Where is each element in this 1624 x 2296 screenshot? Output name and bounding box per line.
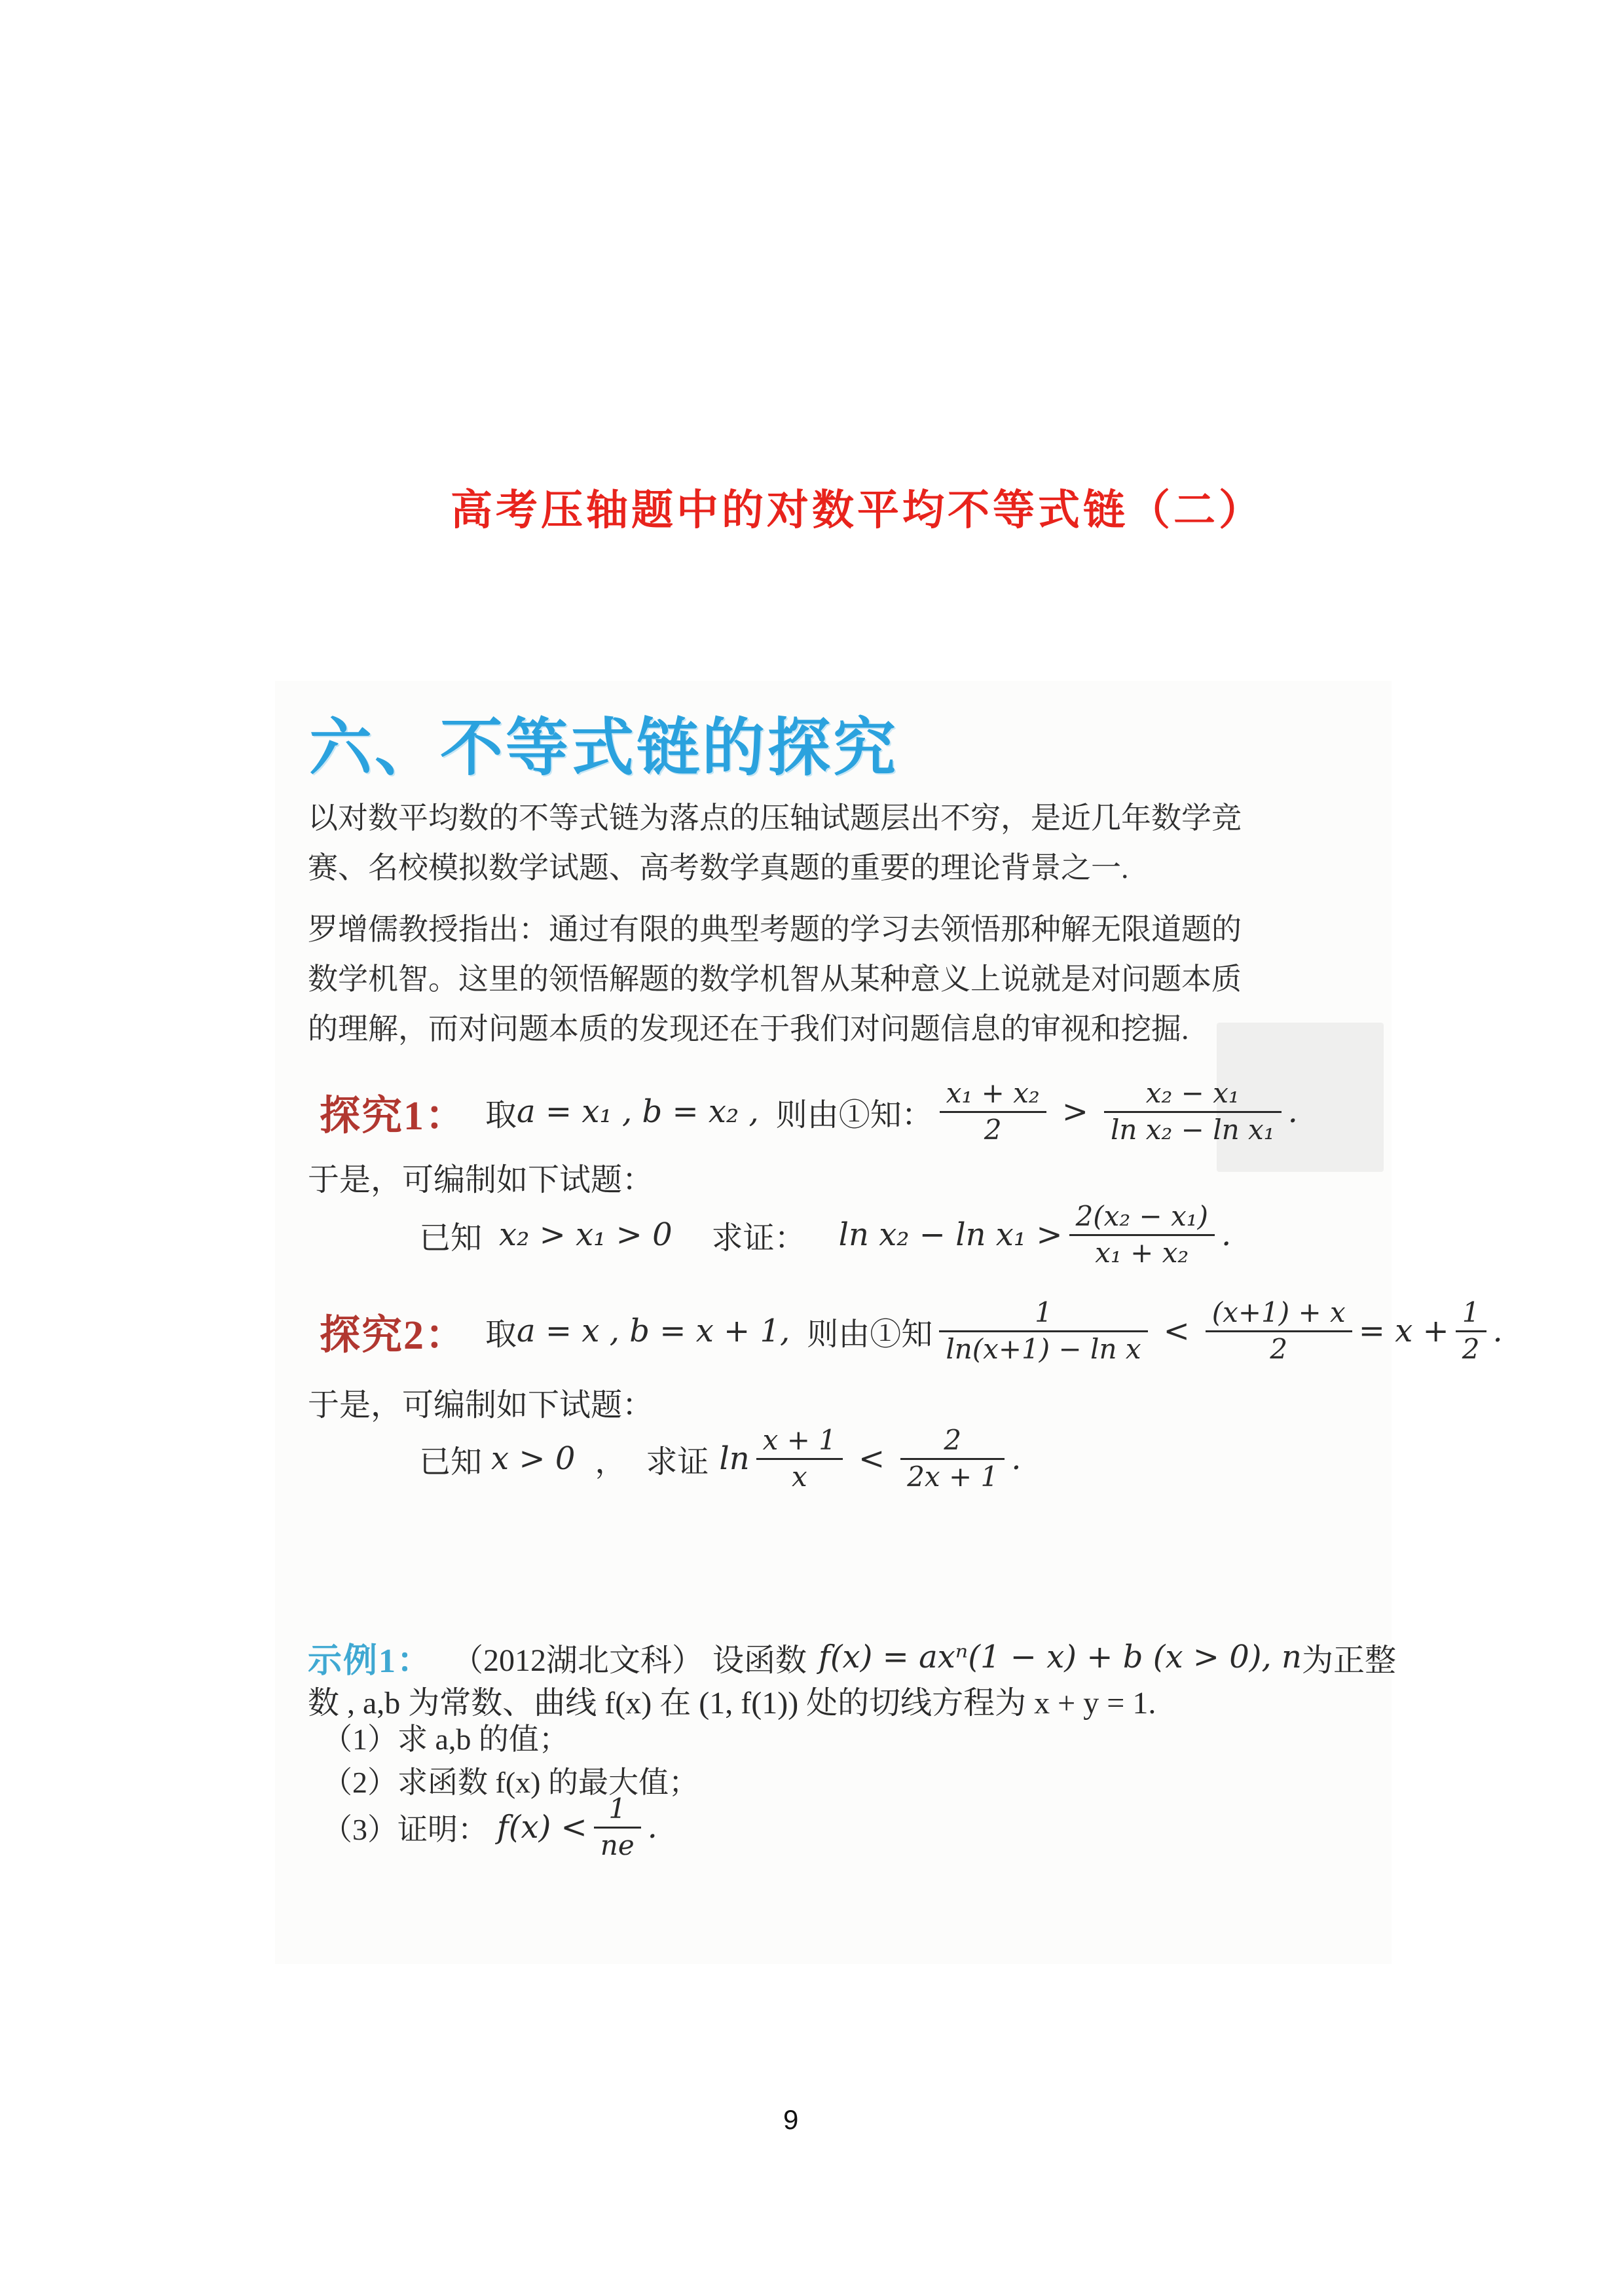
fraction-numerator: 1: [939, 1296, 1147, 1330]
paragraph-line: 数学机智。这里的领悟解题的数学机智从某种意义上说就是对问题本质: [308, 955, 1329, 1004]
less-than-sign: <: [858, 1440, 885, 1477]
less-than-sign: <: [1164, 1313, 1190, 1349]
fraction-numerator: x + 1: [756, 1423, 843, 1458]
fraction-rhs: 2 2x + 1: [900, 1423, 1005, 1494]
paragraph-line: 以对数平均数的不等式链为落点的压轴试题层出不穷，是近几年数学竞: [308, 793, 1329, 843]
document-page: 高考压轴题中的对数平均不等式链（二） 六、不等式链的探究 以对数平均数的不等式链…: [0, 0, 1624, 2296]
fraction-numerator: x₁ + x₂: [940, 1076, 1046, 1111]
paragraph-line: 赛、名校模拟数学试题、高考数学真题的重要的理论背景之一.: [308, 843, 1329, 893]
fraction-numerator: x₂ − x₁: [1104, 1076, 1282, 1111]
prove-label: 求证: [646, 1436, 709, 1482]
explore2-label: 探究2：: [320, 1302, 467, 1360]
page-number: 9: [783, 2104, 798, 2136]
explore1-label: 探究1：: [320, 1083, 467, 1141]
ln-symbol: ln: [719, 1440, 749, 1477]
explore2-statement: 探究2： 取 a = x , b = x + 1, 则由①知 1 ln(x+1)…: [320, 1275, 1503, 1387]
fraction-denominator: ln x₂ − ln x₁: [1104, 1111, 1282, 1148]
section-heading: 六、不等式链的探究: [309, 698, 898, 788]
period: .: [1493, 1313, 1503, 1349]
fraction-numerator: 1: [1456, 1296, 1486, 1330]
example1-item3: （3）证明： f(x) < 1 ne .: [322, 1785, 657, 1870]
explore2-exercise: 已知 x > 0 ， 求证 ln x + 1 x < 2 2x + 1 .: [419, 1413, 1021, 1504]
fraction-denominator: 2: [1206, 1330, 1352, 1367]
fraction-denominator: 2: [940, 1111, 1046, 1148]
item3-inequality: f(x) <: [497, 1809, 587, 1846]
fraction-denominator: ne: [594, 1827, 641, 1863]
fraction-mean: x₁ + x₂ 2: [940, 1076, 1046, 1147]
condition: x₂ > x₁ > 0: [499, 1216, 673, 1253]
fraction-numerator: 1: [594, 1792, 641, 1827]
fraction-denominator: x: [756, 1458, 843, 1495]
explore1-take: 取: [485, 1089, 517, 1135]
condition: x > 0: [491, 1440, 575, 1477]
period: .: [1221, 1216, 1231, 1253]
fraction-lhs: x + 1 x: [756, 1423, 843, 1494]
fraction-one-over-ne: 1 ne: [594, 1792, 641, 1863]
intro-paragraph-1: 以对数平均数的不等式链为落点的压轴试题层出不穷，是近几年数学竞 赛、名校模拟数学…: [308, 793, 1329, 893]
fraction-denominator: 2x + 1: [900, 1458, 1005, 1495]
fraction-half: 1 2: [1456, 1296, 1486, 1366]
explore1-statement: 探究1： 取 a = x₁ , b = x₂ , 则由①知： x₁ + x₂ 2…: [320, 1058, 1298, 1165]
intro-paragraph-2: 罗增儒教授指出：通过有限的典型考题的学习去领悟那种解无限道题的 数学机智。这里的…: [308, 905, 1329, 1054]
period: .: [648, 1809, 657, 1846]
paragraph-line: 的理解，而对问题本质的发现还在于我们对问题信息的审视和挖掘.: [308, 1004, 1329, 1054]
prove-label: 求证：: [712, 1212, 806, 1258]
inequality-lhs: ln x₂ − ln x₁ >: [839, 1216, 1063, 1253]
example1-item1: （1）求 a,b 的值；: [322, 1718, 569, 1761]
greater-than-sign: >: [1062, 1093, 1088, 1130]
known-label: 已知: [419, 1436, 482, 1482]
explore2-assignment: a = x , b = x + 1,: [517, 1313, 790, 1349]
explore2-then: 则由①知: [807, 1309, 932, 1354]
example1-function-def: f(x) = axⁿ(1 − x) + b (x > 0), n: [819, 1639, 1302, 1675]
fraction-rhs: 2(x₂ − x₁) x₁ + x₂: [1069, 1199, 1215, 1270]
item3-prove-label: （3）证明：: [322, 1806, 488, 1849]
fraction-numerator: (x+1) + x: [1206, 1296, 1352, 1330]
comma: ，: [595, 1436, 626, 1482]
period: .: [1011, 1440, 1021, 1477]
known-label: 已知: [419, 1212, 482, 1258]
fraction-denominator: x₁ + x₂: [1069, 1234, 1215, 1271]
fraction-numerator: 2(x₂ − x₁): [1069, 1199, 1215, 1234]
example1-line2-text: 数 , a,b 为常数、曲线 f(x) 在 (1, f(1)) 处的切线方程为 …: [308, 1677, 1156, 1722]
fraction-denominator: 2: [1456, 1330, 1486, 1367]
explore2-take: 取: [485, 1309, 517, 1354]
fraction-mean: (x+1) + x 2: [1206, 1296, 1352, 1366]
period: .: [1288, 1093, 1298, 1130]
item1-text: （1）求 a,b 的值；: [322, 1722, 569, 1756]
fraction-numerator: 2: [900, 1423, 1005, 1458]
explore1-then: 则由①知：: [776, 1089, 933, 1135]
fraction-denominator: ln(x+1) − ln x: [939, 1330, 1147, 1367]
example1-line1-tail: 为正整: [1302, 1635, 1396, 1680]
equals-x-plus: = x +: [1359, 1313, 1449, 1349]
fraction-reciprocal-log: 1 ln(x+1) − ln x: [939, 1296, 1147, 1366]
explore1-assignment: a = x₁ , b = x₂ ,: [517, 1093, 759, 1130]
fraction-log-mean: x₂ − x₁ ln x₂ − ln x₁: [1104, 1076, 1282, 1147]
paragraph-line: 罗增儒教授指出：通过有限的典型考题的学习去领悟那种解无限道题的: [308, 905, 1329, 955]
explore1-exercise: 已知 x₂ > x₁ > 0 求证： ln x₂ − ln x₁ > 2(x₂ …: [419, 1189, 1231, 1281]
page-title: 高考压轴题中的对数平均不等式链（二）: [451, 477, 1264, 537]
